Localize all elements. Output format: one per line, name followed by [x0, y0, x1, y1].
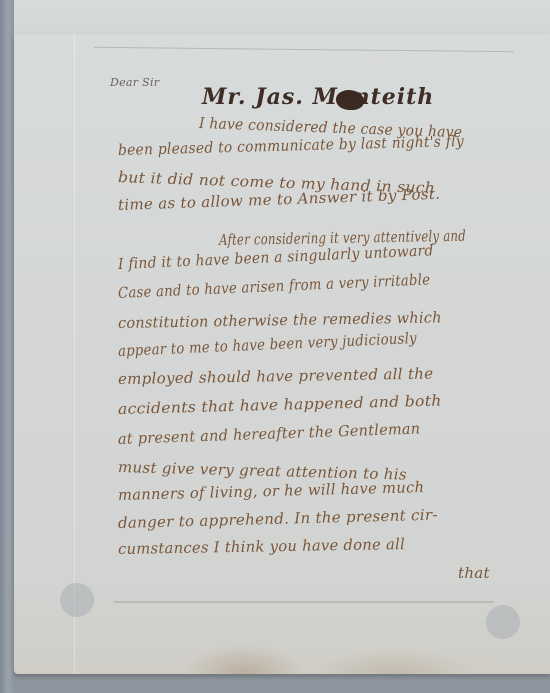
letter-page: Dear Sir Mr. Jas. Monteith I have consid…: [14, 34, 550, 674]
body-line: cumstances I think you have done all: [118, 535, 405, 558]
salutation: Dear Sir: [110, 76, 159, 89]
body-line: danger to apprehend. In the present cir-: [118, 506, 438, 532]
letter-text: Dear Sir Mr. Jas. Monteith I have consid…: [14, 34, 550, 674]
body-line: constitution otherwise the remedies whic…: [118, 308, 442, 332]
body-line: been pleased to communicate by last nigh…: [118, 132, 464, 159]
body-line: manners of living, or he will have much: [118, 478, 425, 504]
ink-blot: [336, 90, 364, 110]
upper-sheet-edge: [14, 0, 550, 35]
body-line: appear to me to have been very judicious…: [118, 329, 418, 360]
body-line: at present and hereafter the Gentleman: [118, 419, 421, 448]
body-line: accidents that have happened and both: [118, 392, 442, 418]
catchword: that: [458, 564, 490, 582]
body-line: Case and to have arisen from a very irri…: [118, 270, 431, 302]
addressee: Mr. Jas. Monteith: [202, 84, 434, 110]
body-line: employed should have prevented all the: [118, 364, 434, 388]
